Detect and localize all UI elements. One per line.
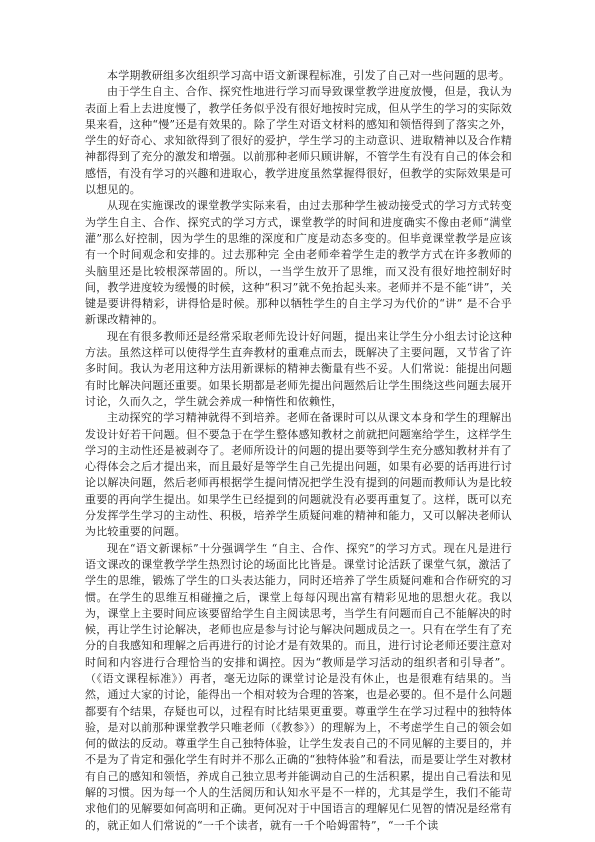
paragraph-new-curriculum-discussion: 现在“语文新课标”十分强调学生 “自主、合作、探究”的学习方式。现在凡是进行语文… <box>85 541 512 834</box>
paragraph-question-design: 现在有很多教师还是经常采取老师先设计好问题，提出来让学生分小组去讨论这种方法。虽… <box>85 329 512 410</box>
document-page: 本学期教研组多次组织学习高中语文新课程标准，引发了自己对一些问题的思考。 由于学… <box>0 0 595 842</box>
paragraph-classroom-reform: 从现在实施课改的课堂教学实际来看，由过去那种学生被动接受式的学习方式转变为学生自… <box>85 198 512 328</box>
paragraph-inquiry-spirit: 主动探究的学习精神就得不到培养。老师在备课时可以从课文本身和学生的理解出发设计好… <box>85 410 512 540</box>
document-text-block: 本学期教研组多次组织学习高中语文新课程标准，引发了自己对一些问题的思考。 由于学… <box>85 68 512 834</box>
paragraph-intro: 本学期教研组多次组织学习高中语文新课程标准，引发了自己对一些问题的思考。 <box>85 68 512 84</box>
paragraph-teaching-pace: 由于学生自主、合作、探究性地进行学习而导致课堂教学进度放慢，但是，我认为表面上看… <box>85 84 512 198</box>
